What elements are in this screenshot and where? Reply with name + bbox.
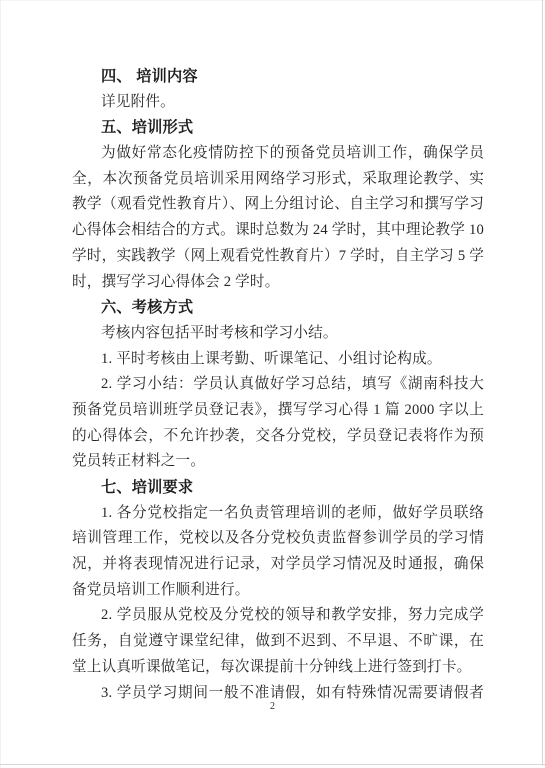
text-line: 学时，实践教学（网上观看党性教育片）7 学时，自主学习 5 学 <box>72 244 484 270</box>
text-line: 培训管理工作，党校以及各分党校负责监督参训学员的学习情 <box>72 526 484 552</box>
page-edge-bottom <box>0 764 545 766</box>
page-edge-top <box>0 0 545 1</box>
section-heading: 四、 培训内容 <box>72 64 484 90</box>
text-line: 为做好常态化疫情防控下的预备党员培训工作，确保学员安 <box>72 141 484 167</box>
text-line: 2. 学习小结：学员认真做好学习总结，填写《湖南科技大学 <box>72 372 484 398</box>
document-page: 四、 培训内容详见附件。五、培训形式为做好常态化疫情防控下的预备党员培训工作，确… <box>0 0 545 768</box>
document-body: 四、 培训内容详见附件。五、培训形式为做好常态化疫情防控下的预备党员培训工作，确… <box>72 64 484 706</box>
text-line: 任务，自觉遵守课堂纪律，做到不迟到、不早退、不旷课，在课 <box>72 629 484 655</box>
text-line: 详见附件。 <box>72 90 484 116</box>
page-edge-left <box>0 0 1 768</box>
text-line: 1. 各分党校指定一名负责管理培训的老师，做好学员联络及 <box>72 501 484 527</box>
text-line: 备党员培训工作顺利进行。 <box>72 578 484 604</box>
text-line: 时，撰写学习心得体会 2 学时。 <box>72 270 484 296</box>
text-line: 教学（观看党性教育片）、网上分组讨论、自主学习和撰写学习 <box>72 192 484 218</box>
page-number: 2 <box>0 701 545 713</box>
section-heading: 六、考核方式 <box>72 295 484 321</box>
text-line: 1. 平时考核由上课考勤、听课笔记、小组讨论构成。 <box>72 347 484 373</box>
text-line: 全，本次预备党员培训采用网络学习形式，采取理论教学、实践 <box>72 167 484 193</box>
text-line: 况，并将表现情况进行记录，对学员学习情况及时通报，确保预 <box>72 552 484 578</box>
text-line: 考核内容包括平时考核和学习小结。 <box>72 321 484 347</box>
section-heading: 五、培训形式 <box>72 115 484 141</box>
text-line: 的心得体会，不允许抄袭，交各分党校，学员登记表将作为预备 <box>72 424 484 450</box>
text-line: 堂上认真听课做笔记，每次课提前十分钟线上进行签到打卡。 <box>72 655 484 681</box>
section-heading: 七、培训要求 <box>72 475 484 501</box>
text-line: 预备党员培训班学员登记表》，撰写学习心得 1 篇 2000 字以上 <box>72 398 484 424</box>
page-edge-right <box>542 0 544 766</box>
text-line: 党员转正材料之一。 <box>72 449 484 475</box>
text-line: 心得体会相结合的方式。课时总数为 24 学时，其中理论教学 10 <box>72 218 484 244</box>
text-line: 2. 学员服从党校及分党校的领导和教学安排，努力完成学习 <box>72 603 484 629</box>
